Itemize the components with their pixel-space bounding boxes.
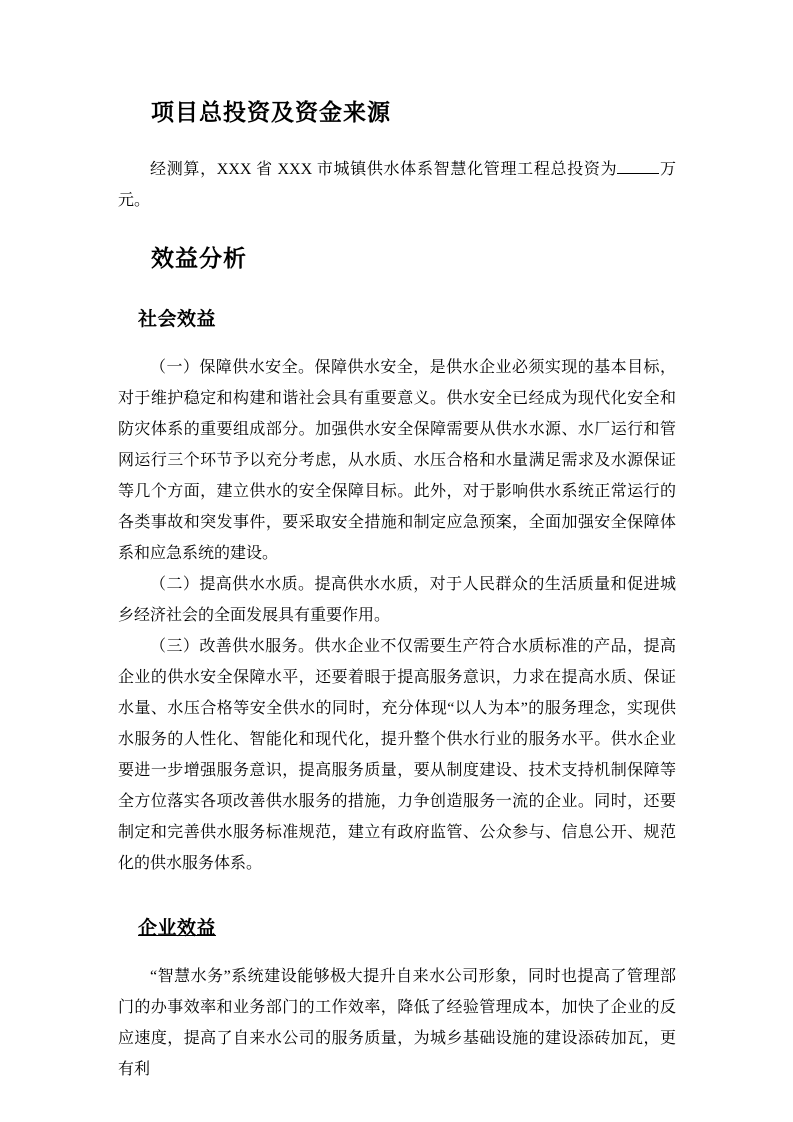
heading-benefit-analysis: 效益分析 — [151, 242, 676, 276]
fill-in-blank-underline — [617, 159, 659, 174]
heading-social-benefit: 社会效益 — [138, 306, 676, 334]
heading-project-investment: 项目总投资及资金来源 — [151, 96, 676, 130]
paragraph-social-benefit-2: （二）提高供水水质。提高供水水质，对于人民群众的生活质量和促进城乡经济社会的全面… — [118, 569, 676, 631]
investment-text-before-blank: 经测算，XXX 省 XXX 市城镇供水体系智慧化管理工程总投资为 — [150, 161, 617, 178]
heading-enterprise-benefit: 企业效益 — [138, 915, 676, 943]
paragraph-enterprise-benefit-1: “智慧水务”系统建设能够极大提升自来水公司形象，同时也提高了管理部门的办事效率和… — [118, 961, 676, 1085]
paragraph-social-benefit-3: （三）改善供水服务。供水企业不仅需要生产符合水质标准的产品，提高企业的供水安全保… — [118, 631, 676, 879]
paragraph-social-benefit-1: （一）保障供水安全。保障供水安全，是供水企业必须实现的基本目标，对于维护稳定和构… — [118, 352, 676, 569]
paragraph-investment: 经测算，XXX 省 XXX 市城镇供水体系智慧化管理工程总投资为万元。 — [118, 154, 676, 216]
document-page: 项目总投资及资金来源 经测算，XXX 省 XXX 市城镇供水体系智慧化管理工程总… — [0, 0, 793, 1122]
